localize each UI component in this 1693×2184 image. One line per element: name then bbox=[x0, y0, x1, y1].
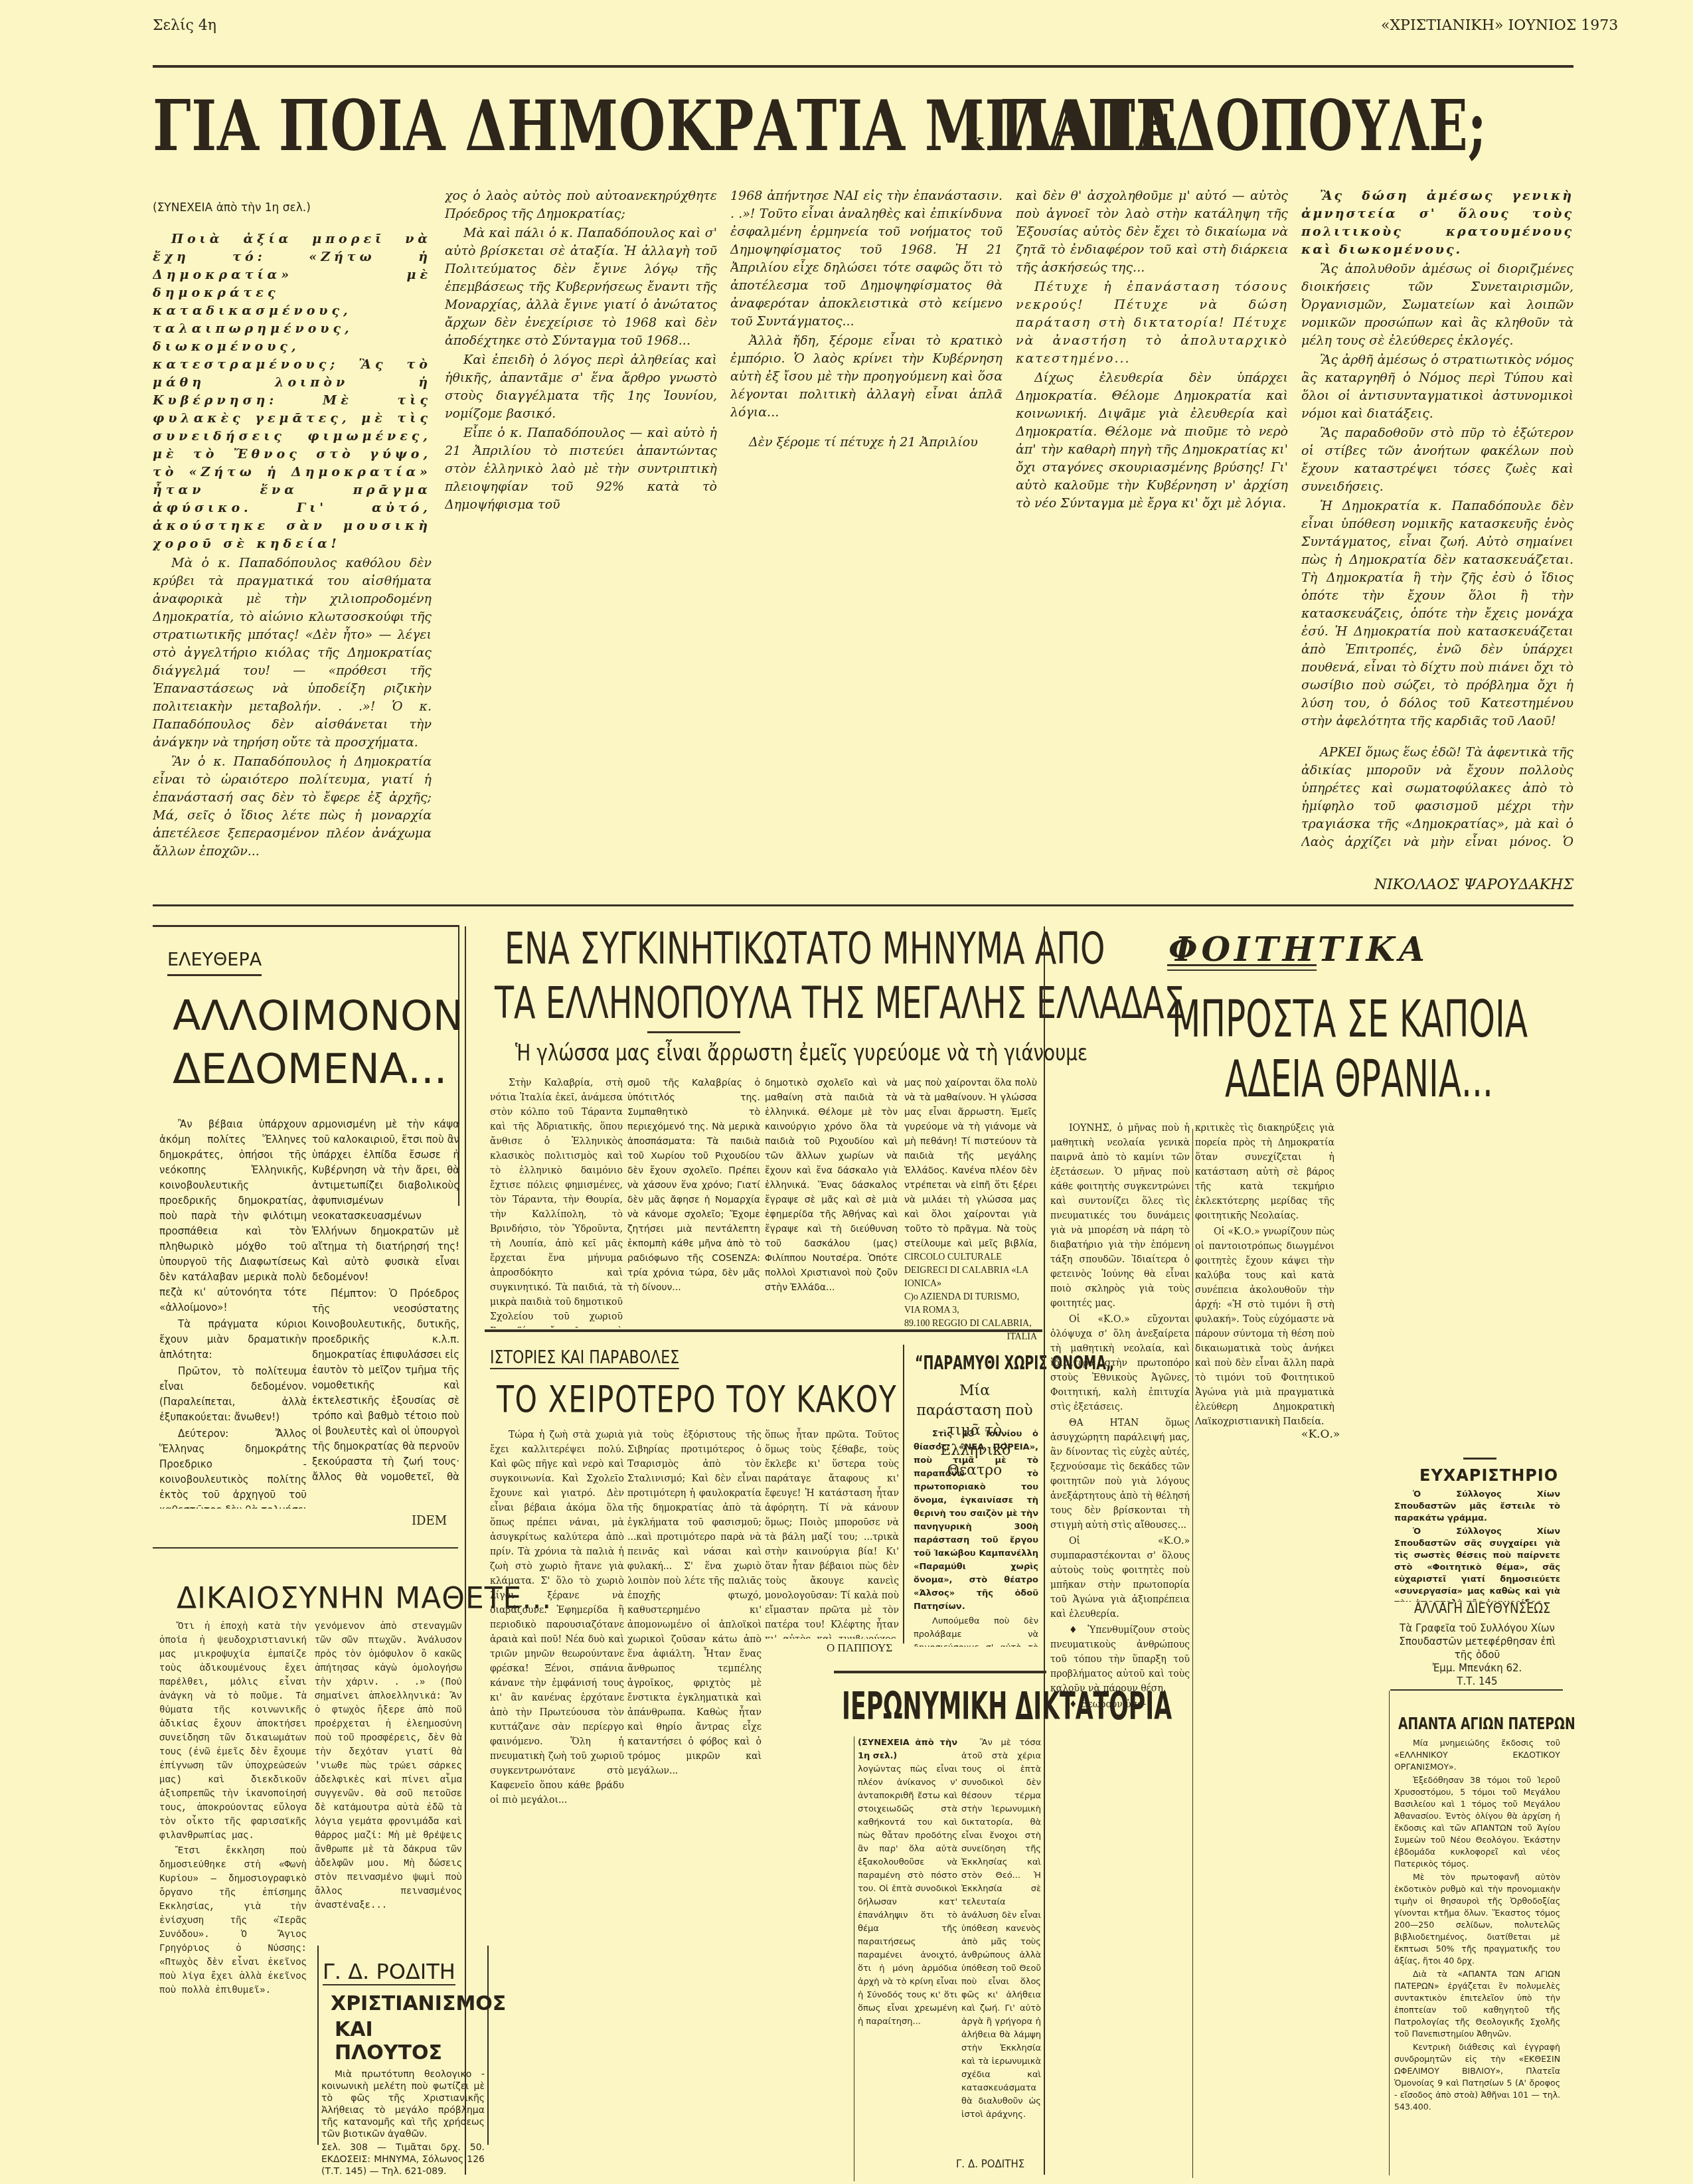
dikaiosyni-column-2: γενόμενον ἀπὸ στεναγμῶν τῶν σῶν πτωχῶν. … bbox=[315, 1620, 462, 1939]
lead-paragraph: Δίχως ἐλευθερία δὲν ὑπάρχει Δημοκρατία. … bbox=[1016, 369, 1288, 513]
book-ad-title-line1: ΧΡΙΣΤΙΑΝΙΣΜΟΣ bbox=[331, 1992, 487, 2015]
xeirotero-column-3: ὅπως ἦταν πρῶτα. Τοῦτος ὅμως τοὺς ξέθαβε… bbox=[765, 1428, 899, 1639]
foititika-signature: «Κ.Ο.» bbox=[1301, 1428, 1340, 1441]
column-divider bbox=[1192, 1129, 1193, 2178]
ieronymiki-paragraph: Ἂν μὲ τόσα ἀτοῦ στὰ χέρια τους οἱ ἑπτὰ σ… bbox=[961, 1736, 1041, 2122]
calabria-paragraph: σμοῦ τῆς Καλαβρίας ὁ ὑπότιτλός της. Συμπ… bbox=[627, 1076, 760, 1295]
calabria-paragraph: Στὴν Καλαβρία, στὴ νότια Ἰταλία ἐκεῖ, ἀν… bbox=[490, 1076, 623, 1328]
apanta-top-rule bbox=[1390, 1689, 1563, 1691]
paramythi-paragraph: Λυπούμεθα ποὺ δὲν προλάβαμε νὰ δημοσιεύσ… bbox=[914, 1615, 1038, 1647]
allagi-address: Ἐμμ. Μπενάκη 62. bbox=[1394, 1661, 1560, 1675]
calabria-column-2: σμοῦ τῆς Καλαβρίας ὁ ὑπότιτλός της. Συμπ… bbox=[627, 1076, 760, 1328]
allagi-body: Τὰ Γραφεῖα τοῦ Συλλόγου Χίων Σπουδαστῶν … bbox=[1394, 1622, 1560, 1688]
xeirotero-author: Ο ΠΑΠΠΟΥΣ bbox=[827, 1641, 892, 1655]
lead-paragraph: Μὰ ὁ κ. Παπαδόπουλος καθόλου δὲν κρύβει … bbox=[153, 554, 432, 752]
calabria-headline-line1: ΕΝΑ ΣΥΓΚΙΝΗΤΙΚΩΤΑΤΟ ΜΗΝΥΜΑ ΑΠΟ bbox=[505, 923, 1105, 974]
lead-paragraph: Ποιὰ ἀξία μπορεῖ νὰ ἔχη τό: «Ζήτω ἡ Δημο… bbox=[153, 230, 432, 553]
apanta-headline: ΑΠΑΝΤΑ ΑΓΙΩΝ ΠΑΤΕΡΩΝ bbox=[1398, 1715, 1575, 1733]
ieronymiki-paragraph: λογώντας πὼς εἶναι πλέον ἀνίκανος ν' ἀντ… bbox=[858, 1763, 957, 2029]
apanta-paragraph: Μία μνημειώδης ἔκδοσις τοῦ «ΕΛΛΗΝΙΚΟΥ ΕΚ… bbox=[1394, 1737, 1560, 1773]
lead-column-2: χος ὁ λαὸς αὐτὸς ποὺ αὐτοανεκηρύχθητε Πρ… bbox=[445, 187, 717, 875]
calabria-mini-rule bbox=[647, 1031, 740, 1033]
foititika-paragraph: ♦ Θεωροῦν ὑπο- bbox=[1050, 1697, 1190, 1712]
book-ad-details: Σελ. 308 — Τιμᾶται δρχ. 50. ΕΚΔΟΣΕΙΣ: ΜΗ… bbox=[321, 2142, 485, 2177]
eyxaristirio-mini-rule bbox=[1463, 1458, 1496, 1460]
ieronymiki-author: Γ. Δ. ΡΟΔΙΤΗΣ bbox=[956, 2158, 1024, 2170]
lead-paragraph: Δὲν ξέρομε τί πέτυχε ἡ 21 Ἀπριλίου bbox=[730, 434, 1003, 452]
foititika-paragraph: ♦ Ὑπενθυμίζουν στοὺς πνευματικοὺς ἀνθρώπ… bbox=[1050, 1623, 1190, 1696]
lead-paragraph: Ἂς ἀπολυθοῦν ἀμέσως οἱ διοριζμένες διοικ… bbox=[1301, 260, 1573, 350]
column-divider bbox=[465, 926, 466, 2175]
book-ad-box: Γ. Δ. ΡΟΔΙΤΗ ΧΡΙΣΤΙΑΝΙΣΜΟΣ ΚΑΙ ΠΛΟΥΤΟΣ Μ… bbox=[317, 1946, 489, 2145]
calabria-paragraph: δημοτικὸ σχολεῖο καὶ νὰ μαθαίνη στὰ παιδ… bbox=[765, 1076, 898, 1295]
eyxaristirio-paragraph: Ὁ Σύλλογος Χίων Σπουδαστῶν μᾶς ἔστειλε τ… bbox=[1394, 1489, 1560, 1525]
eyxaristirio-body: Ὁ Σύλλογος Χίων Σπουδαστῶν μᾶς ἔστειλε τ… bbox=[1394, 1489, 1560, 1602]
lead-paragraph: Μὰ καὶ πάλι ὁ κ. Παπαδόπουλος καὶ σ' αὐτ… bbox=[445, 224, 717, 350]
ieronymiki-top-rule bbox=[834, 1671, 1046, 1673]
publication-name: «ΧΡΙΣΤΙΑΝΙΚΗ» bbox=[1381, 17, 1503, 34]
eyxaristirio-paragraph: Ὁ Σύλλογος Χίων Σπουδαστῶν σᾶς συγχαίρει… bbox=[1394, 1526, 1560, 1602]
address-line: 89.100 REGGIO DI CALABRIA, bbox=[904, 1317, 1037, 1331]
column-divider bbox=[1044, 926, 1045, 2175]
address-line: CIRCOLO CULTURALE DEIGRECI DI CALABRIA «… bbox=[904, 1251, 1037, 1291]
foititika-kicker: ΦΟΙΤΗΤΙΚΑ bbox=[1169, 930, 1429, 969]
xeirotero-paragraph: γιὰ τοὺς ἐξόριστους τῆς Σιβηρίας προτιμό… bbox=[627, 1428, 762, 1778]
calabria-column-1: Στὴν Καλαβρία, στὴ νότια Ἰταλία ἐκεῖ, ἀν… bbox=[490, 1076, 623, 1328]
eleuthera-paragraph: Πέμπτον: Ὁ Πρόεδρος τῆς νεοσύστατης Κοιν… bbox=[312, 1286, 459, 1482]
allagi-postal-code: Τ.Τ. 145 bbox=[1394, 1675, 1560, 1688]
book-ad-author: Γ. Δ. ΡΟΔΙΤΗ bbox=[323, 1959, 455, 1985]
dikaiosyni-paragraph: Ἔτσι ἔκκληση ποὺ δημοσιεύθηκε στὴ «Φωνὴ … bbox=[159, 1845, 307, 1998]
address-line: ITALIA bbox=[904, 1331, 1037, 1344]
apanta-paragraph: Ἐξεδόθησαν 38 τόμοι τοῦ Ἱεροῦ Χρυσοστόμο… bbox=[1394, 1774, 1560, 1870]
foititika-paragraph: κριτικὲς τὶς διακηρύξεις γιὰ πορεία πρὸς… bbox=[1195, 1121, 1334, 1223]
lead-column-5: Ἂς δώση ἀμέσως γενικὴ ἀμνηστεία σ' ὅλους… bbox=[1301, 187, 1573, 851]
calabria-bottom-rule bbox=[485, 1329, 1042, 1332]
foititika-kicker-rule bbox=[1167, 964, 1317, 966]
foititika-column-2: κριτικὲς τὶς διακηρύξεις γιὰ πορεία πρὸς… bbox=[1195, 1121, 1334, 1440]
top-divider bbox=[153, 65, 1573, 68]
xeirotero-paragraph: Τώρα ἡ ζωὴ στὰ χωριὰ ἔχει καλλιτερέψει π… bbox=[490, 1428, 624, 1807]
foititika-paragraph: Οἱ «Κ.Ο.» εὔχονται ὁλόψυχα σ' ὅλη ἀνεξαί… bbox=[1050, 1312, 1190, 1414]
lead-author: ΝΙΚΟΛΑΟΣ ΨΑΡΟΥΔΑΚΗΣ bbox=[1328, 877, 1573, 893]
lead-paragraph: Καὶ ἐπειδὴ ὁ λόγος περὶ ἀληθείας καὶ ἠθι… bbox=[445, 351, 717, 423]
eyxaristirio-headline: ΕΥΧΑΡΙΣΤΗΡΙΟ bbox=[1419, 1466, 1558, 1485]
eleuthera-paragraph: Πρῶτον, τὸ πολίτευμα εἶναι δεδομένον. (Π… bbox=[159, 1364, 307, 1425]
lead-paragraph: Ἂς δώση ἀμέσως γενικὴ ἀμνηστεία σ' ὅλους… bbox=[1301, 187, 1573, 259]
lead-paragraph: Πέτυχε ἡ ἐπανάσταση τόσους νεκρούς! Πέτυ… bbox=[1016, 278, 1288, 368]
page-number: Σελίς 4η bbox=[153, 17, 216, 34]
masthead-publication: «ΧΡΙΣΤΙΑΝΙΚΗ» ΙΟΥΝΙΟΣ 1973 bbox=[1381, 17, 1618, 34]
lead-paragraph: Ἂς παραδοθοῦν στὸ πῦρ τὸ ἐξώτερον οἱ στί… bbox=[1301, 424, 1573, 496]
dikaiosyni-column-1: Ὅτι ἡ ἐποχὴ κατὰ τὴν ὁποία ἡ ψευδοχριστι… bbox=[159, 1620, 307, 2184]
allagi-headline: ΑΛΛΑΓΗ ΔΙΕΥΘΥΝΣΕΩΣ bbox=[1414, 1600, 1550, 1617]
section-divider bbox=[153, 904, 1573, 906]
xeirotero-kicker: ΙΣΤΟΡΙΕΣ ΚΑΙ ΠΑΡΑΒΟΛΕΣ bbox=[490, 1348, 679, 1369]
calabria-column-4: μας ποὺ χαίρονται ὅλα πολὺ νὰ τὰ μαθαίνο… bbox=[904, 1076, 1037, 1250]
lead-headline-end: ΠΑΠΑΔΟΠΟΥΛΕ; bbox=[1000, 85, 1487, 167]
eleuthera-paragraph: Ἂν βέβαια ὑπάρχουν ἀκόμη πολίτες Ἕλληνες… bbox=[159, 1117, 307, 1315]
foititika-headline-line1: ΜΠΡΟΣΤΑ ΣΕ ΚΑΠΟΙΑ bbox=[1172, 989, 1528, 1049]
issue-date: ΙΟΥΝΙΟΣ 1973 bbox=[1508, 17, 1618, 34]
lead-paragraph: Ἂς ἀρθῆ ἀμέσως ὁ στρατιωτικὸς νόμος ἂς κ… bbox=[1301, 351, 1573, 423]
lead-paragraph: χος ὁ λαὸς αὐτὸς ποὺ αὐτοανεκηρύχθητε Πρ… bbox=[445, 187, 717, 223]
lead-paragraph: Ἀλλὰ ἤδη, ξέρομε εἶναι τὸ κρατικὸ ἐμπόρι… bbox=[730, 332, 1003, 422]
calabria-subhead: Ἡ γλώσσα μας εἶναι ἄρρωστη ἐμεῖς γυρεύομ… bbox=[515, 1040, 1088, 1066]
lead-column-4: καὶ δὲν θ' ἀσχοληθοῦμε μ' αὐτό — αὐτὸς π… bbox=[1016, 187, 1288, 875]
apanta-paragraph: Κεντρικὴ διάθεσις καὶ ἐγγραφὴ συνδρομητῶ… bbox=[1394, 2041, 1560, 2113]
column-divider bbox=[1389, 1691, 1390, 2175]
paramythi-body: Στὶς 13 Ἰουνίου ὁ θίασος: «ΝΕΑ ΠΟΡΕΙΑ», … bbox=[914, 1428, 1038, 1647]
column-divider bbox=[903, 1345, 904, 1643]
eleuthera-paragraph: Τὰ πράγματα κύριοι ἔχουν μιὰν δραματικὴν… bbox=[159, 1317, 307, 1363]
xeirotero-column-1: Τώρα ἡ ζωὴ στὰ χωριὰ ἔχει καλλιτερέψει π… bbox=[490, 1428, 624, 2178]
eleuthera-column-2: αρμονισμένη μὲ τὴν κάψα τοῦ καλοκαιριοῦ,… bbox=[312, 1117, 459, 1482]
address-line: C)o AZIENDA DI TURISMO, VIA ROMA 3, bbox=[904, 1291, 1037, 1317]
dikaiosyni-paragraph: Ὅτι ἡ ἐποχὴ κατὰ τὴν ὁποία ἡ ψευδοχριστι… bbox=[159, 1620, 307, 1843]
dikaiosyni-paragraph: γενόμενον ἀπὸ στεναγμῶν τῶν σῶν πτωχῶν. … bbox=[315, 1620, 462, 1913]
eleuthera-column-1: Ἂν βέβαια ὑπάρχουν ἀκόμη πολίτες Ἕλληνες… bbox=[159, 1117, 307, 1509]
foititika-paragraph: Οἱ «Κ.Ο.» συμπαραστέκονται σ' ὅλους αὐτο… bbox=[1050, 1534, 1190, 1622]
xeirotero-paragraph: ὅπως ἦταν πρῶτα. Τοῦτος ὅμως τοὺς ξέθαβε… bbox=[765, 1428, 899, 1639]
foititika-paragraph: ΙΟΥΝΗΣ, ὁ μῆνας ποὺ ἡ μαθητικὴ νεολαία γ… bbox=[1050, 1121, 1190, 1311]
apanta-paragraph: Μὲ τὸν πρωτοφανῆ αὐτὸν ἐκδοτικὸν ρυθμὸ κ… bbox=[1394, 1871, 1560, 1967]
ieronymiki-column-1: (ΣΥΝΕΧΕΙΑ ἀπὸ τὴν 1η σελ.) λογώντας πὼς … bbox=[858, 1736, 957, 2175]
lead-paragraph: 1968 ἀπήντησε ΝΑΙ εἰς τὴν ἐπανάστασιν. .… bbox=[730, 187, 1003, 331]
lead-paragraph: ΑΡΚΕΙ ὅμως ἕως ἐδῶ! Τὰ ἀφεντικὰ τῆς ἀδικ… bbox=[1301, 744, 1573, 851]
foititika-paragraph: ΘΑ ΗΤΑΝ ὅμως ἀσυγχώρητη παράλειψή μας, ἂ… bbox=[1050, 1416, 1190, 1533]
foititika-kicker-rule-2 bbox=[1167, 969, 1317, 971]
eleuthera-headline: ΑΛΛΟΙΜΟΝΟΝ ΔΕΔΟΜΕΝΑ... bbox=[173, 989, 445, 1096]
lead-continuation: (ΣΥΝΕΧΕΙΑ ἀπὸ τὴν 1η σελ.) bbox=[153, 199, 432, 217]
book-ad-description: Μιὰ πρωτότυπη θεολογικο - κοινωνικὴ μελέ… bbox=[321, 2068, 485, 2140]
calabria-paragraph: μας ποὺ χαίρονται ὅλα πολὺ νὰ τὰ μαθαίνο… bbox=[904, 1076, 1037, 1250]
eleuthera-bottom-rule bbox=[153, 1547, 458, 1549]
lead-column-1: (ΣΥΝΕΧΕΙΑ ἀπὸ τὴν 1η σελ.) Ποιὰ ἀξία μπο… bbox=[153, 187, 432, 865]
column-divider bbox=[854, 1736, 854, 2181]
lead-headline: ΓΙΑ ΠΟΙΑ ΔΗΜΟΚΡΑΤΙΑ ΜΙΛΑΤΕ κ. ΠΑΠΑΔΟΠΟΥΛ… bbox=[153, 85, 1580, 165]
lead-paragraph: καὶ δὲν θ' ἀσχοληθοῦμε μ' αὐτό — αὐτὸς π… bbox=[1016, 187, 1288, 277]
paramythi-paragraph: Στὶς 13 Ἰουνίου ὁ θίασος: «ΝΕΑ ΠΟΡΕΙΑ», … bbox=[914, 1428, 1038, 1614]
calabria-headline-line2: ΤΑ ΕΛΛΗΝΟΠΟΥΛΑ ΤΗΣ ΜΕΓΑΛΗΣ ΕΛΛΑΔΑΣ bbox=[495, 977, 1184, 1029]
allagi-text: Τὰ Γραφεῖα τοῦ Συλλόγου Χίων Σπουδαστῶν … bbox=[1394, 1622, 1560, 1661]
lead-paragraph: Ἂν ὁ κ. Παπαδόπουλος ἡ Δημοκρατία εἶναι … bbox=[153, 753, 432, 861]
foititika-headline-line2: ΑΔΕΙΑ ΘΡΑΝΙΑ... bbox=[1225, 1049, 1493, 1108]
xeirotero-column-2: γιὰ τοὺς ἐξόριστους τῆς Σιβηρίας προτιμό… bbox=[627, 1428, 762, 2178]
lead-paragraph: Εἶπε ὁ κ. Παπαδόπουλος — καὶ αὐτὸ ἡ 21 Ἀ… bbox=[445, 424, 717, 514]
lead-headline-k: κ. bbox=[967, 126, 995, 156]
foititika-paragraph: Οἱ «Κ.Ο.» γνωρίζουν πὼς οἱ παντοιοτρόπως… bbox=[1195, 1224, 1334, 1429]
ieronymiki-column-2: Ἂν μὲ τόσα ἀτοῦ στὰ χέρια τους οἱ ἑπτὰ σ… bbox=[961, 1736, 1041, 2155]
lead-column-3: 1968 ἀπήντησε ΝΑΙ εἰς τὴν ἐπανάστασιν. .… bbox=[730, 187, 1003, 875]
lead-paragraph: Ἡ Δημοκρατία κ. Παπαδόπουλε δὲν εἶναι ὑπ… bbox=[1301, 497, 1573, 730]
calabria-column-3: δημοτικὸ σχολεῖο καὶ νὰ μαθαίνη στὰ παιδ… bbox=[765, 1076, 898, 1328]
eleuthera-paragraph: αρμονισμένη μὲ τὴν κάψα τοῦ καλοκαιριοῦ,… bbox=[312, 1117, 459, 1285]
eleuthera-paragraph: Δεύτερον: Ἄλλος Ἕλληνας δημοκράτης Προεδ… bbox=[159, 1426, 307, 1509]
eleuthera-kicker: ΕΛΕΥΘΕΡΑ bbox=[167, 950, 262, 976]
xeirotero-headline: ΤΟ ΧΕΙΡΟΤΕΡΟ ΤΟΥ ΚΑΚΟΥ bbox=[497, 1378, 897, 1421]
apanta-paragraph: Διὰ τὰ «ΑΠΑΝΤΑ ΤΩΝ ΑΓΙΩΝ ΠΑΤΕΡΩΝ» ἐργάζε… bbox=[1394, 1968, 1560, 2040]
eleuthera-author: IDEM bbox=[412, 1514, 447, 1528]
foititika-column-1: ΙΟΥΝΗΣ, ὁ μῆνας ποὺ ἡ μαθητικὴ νεολαία γ… bbox=[1050, 1121, 1190, 2183]
ieronymiki-continuation: (ΣΥΝΕΧΕΙΑ ἀπὸ τὴν 1η σελ.) bbox=[858, 1736, 957, 1763]
apanta-body: Μία μνημειώδης ἔκδοσις τοῦ «ΕΛΛΗΝΙΚΟΥ ΕΚ… bbox=[1394, 1737, 1560, 2175]
